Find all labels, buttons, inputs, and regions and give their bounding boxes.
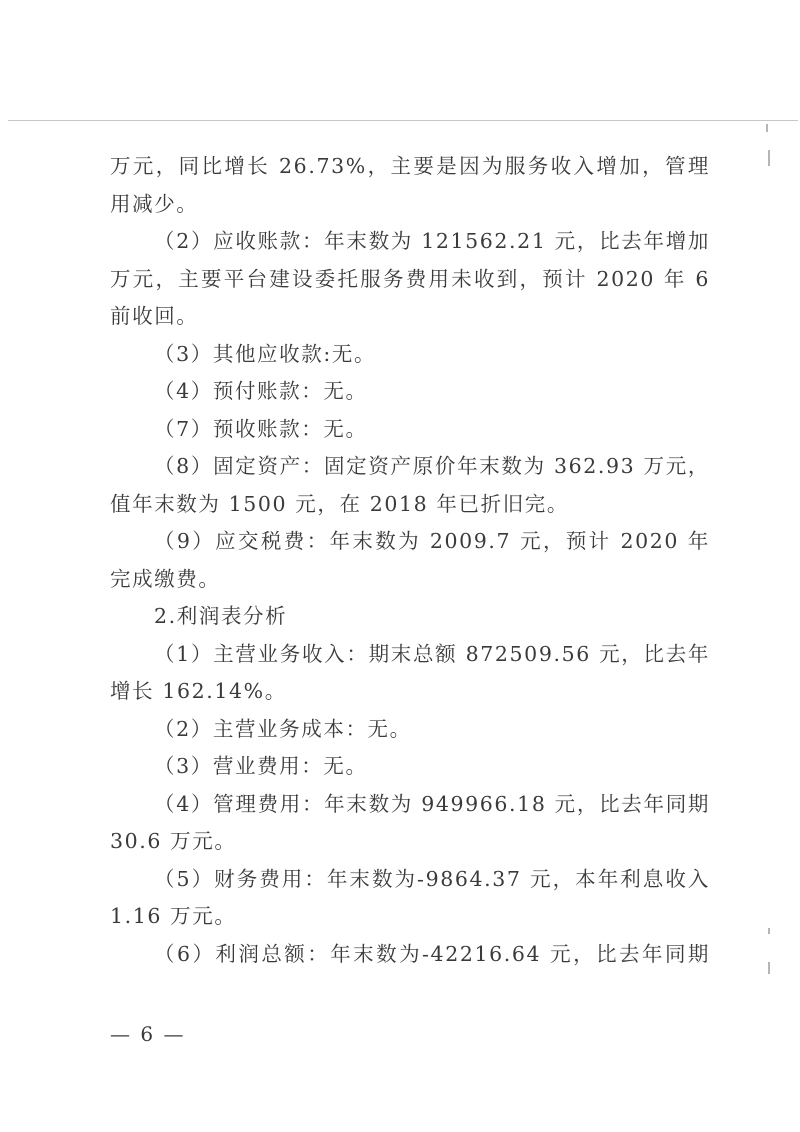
text-line: 前收回。	[110, 298, 710, 336]
margin-mark	[768, 928, 770, 934]
margin-mark	[768, 150, 770, 166]
text-line: （4）管理费用：年末数为 949966.18 元，比去年同期降低	[110, 786, 710, 824]
section-heading: 2.利润表分析	[110, 598, 710, 636]
text-line: （3）营业费用：无。	[110, 748, 710, 786]
text-line: （3）其他应收款:无。	[110, 336, 710, 374]
text-line: 增长 162.14%。	[110, 673, 710, 711]
text-line: （2）应收账款：年末数为 121562.21 元，比去年增加 12.11	[110, 223, 710, 261]
text-line: （5）财务费用：年末数为-9864.37 元，本年利息收入达	[110, 861, 710, 899]
text-line: （2）主营业务成本：无。	[110, 711, 710, 749]
text-line: 万元，主要平台建设委托服务费用未收到，预计 2020 年 6 月	[110, 261, 710, 299]
text-line: 万元，同比增长 26.73%，主要是因为服务收入增加，管理费	[110, 148, 710, 186]
page-number: — 6 —	[110, 1022, 185, 1046]
text-line: 1.16 万元。	[110, 898, 710, 936]
text-line: （1）主营业务收入：期末总额 872509.56 元，比去年同比	[110, 636, 710, 674]
text-line: （7）预收账款：无。	[110, 411, 710, 449]
text-line: （9）应交税费：年末数为 2009.7 元，预计 2020 年 1 月底	[110, 523, 710, 561]
text-line: 值年末数为 1500 元，在 2018 年已折旧完。	[110, 486, 710, 524]
text-line: 完成缴费。	[110, 561, 710, 599]
text-line: （4）预付账款：无。	[110, 373, 710, 411]
scan-border-line	[8, 120, 798, 121]
text-line: 用减少。	[110, 186, 710, 224]
margin-mark	[768, 962, 770, 974]
text-line: （6）利润总额：年末数为-42216.64 元，比去年同期增加	[110, 936, 710, 974]
margin-mark	[766, 124, 768, 132]
text-line: （8）固定资产：固定资产原价年末数为 362.93 万元，净	[110, 448, 710, 486]
document-body: 万元，同比增长 26.73%，主要是因为服务收入增加，管理费 用减少。 （2）应…	[110, 148, 710, 973]
text-line: 30.6 万元。	[110, 823, 710, 861]
